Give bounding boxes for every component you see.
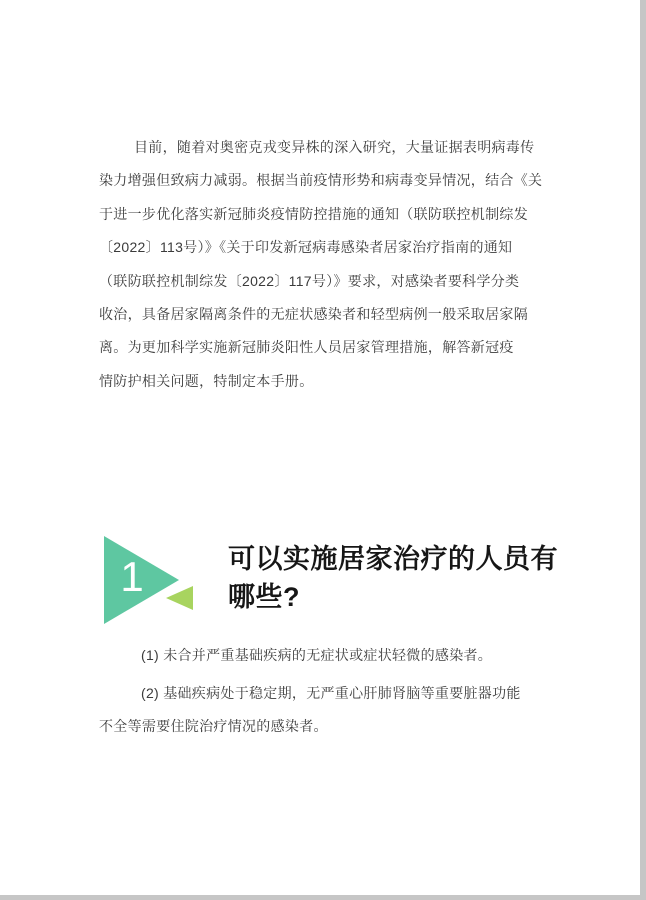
paragraph-line: 〔2022〕113号）》《关于印发新冠病毒感染者居家治疗指南的通知	[99, 231, 551, 264]
page-edge-shadow-bottom	[0, 895, 646, 900]
document-page: { "page": { "background_color": "#ffffff…	[0, 0, 646, 900]
paragraph-line: 离。为更加科学实施新冠肺炎阳性人员居家管理措施，解答新冠疫	[99, 331, 551, 364]
triangle-left-icon	[166, 586, 193, 610]
list-item-2-line-1: (2) 基础疾病处于稳定期，无严重心肝肺肾脑等重要脏器功能	[99, 683, 611, 703]
paragraph-line: 目前，随着对奥密克戎变异株的深入研究，大量证据表明病毒传	[99, 131, 551, 164]
page-background: 目前，随着对奥密克戎变异株的深入研究，大量证据表明病毒传染力增强但致病力减弱。根…	[0, 0, 646, 900]
list-item-2-line-2: 不全等需要住院治疗情况的感染者。	[99, 716, 569, 736]
page-edge-shadow-right	[640, 0, 646, 900]
paragraph-line: 染力增强但致病力减弱。根据当前疫情形势和病毒变异情况，结合《关	[99, 164, 551, 197]
list-item-1: (1) 未合并严重基础疾病的无症状或症状轻微的感染者。	[99, 645, 611, 665]
paragraph-line: 收治，具备居家隔离条件的无症状感染者和轻型病例一般采取居家隔	[99, 298, 551, 331]
intro-paragraph: 目前，随着对奥密克戎变异株的深入研究，大量证据表明病毒传染力增强但致病力减弱。根…	[99, 131, 551, 398]
section-number: 1	[104, 556, 160, 598]
paragraph-line: 于进一步优化落实新冠肺炎疫情防控措施的通知（联防联控机制综发	[99, 198, 551, 231]
paragraph-line: （联防联控机制综发〔2022〕117号）》要求，对感染者要科学分类	[99, 265, 551, 298]
section-title: 可以实施居家治疗的人员有哪些?	[228, 540, 568, 616]
paragraph-line: 情防护相关问题，特制定本手册。	[99, 365, 551, 398]
